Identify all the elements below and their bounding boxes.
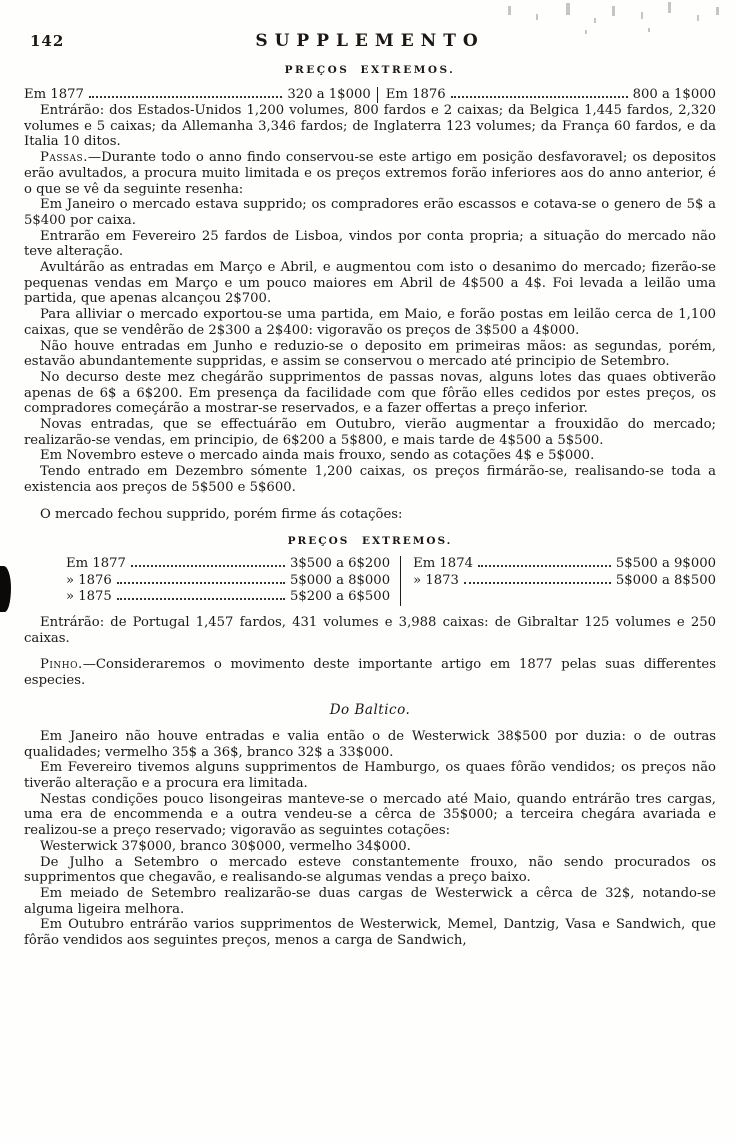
dot-leader — [131, 565, 285, 567]
row-label: » 1875 — [66, 589, 112, 606]
price-table: Em 1877 3$500 a 6$200 » 1876 5$000 a 8$0… — [24, 556, 716, 606]
paragraph: Não houve entradas em Junho e reduzio-se… — [24, 339, 716, 370]
table-row: Em 1877 3$500 a 6$200 — [66, 556, 390, 573]
paragraph: Avultárão as entradas em Março e Abril, … — [24, 260, 716, 307]
paragraph: De Julho a Setembro o mercado esteve con… — [24, 855, 716, 886]
row-value: 3$500 a 6$200 — [290, 556, 390, 573]
table-row: » 1873 5$000 a 8$500 — [413, 573, 716, 590]
price-table-left-column: Em 1877 3$500 a 6$200 » 1876 5$000 a 8$0… — [66, 556, 401, 606]
paragraph: Em Fevereiro tivemos alguns supprimentos… — [24, 760, 716, 791]
top-price-quotes: Em 1877 320 a 1$000 Em 1876 800 a 1$000 — [24, 87, 716, 103]
precos-extremos-heading: PREÇOS EXTREMOS. — [24, 535, 716, 547]
dot-leader — [464, 582, 611, 584]
table-row: Em 1874 5$500 a 9$000 — [413, 556, 716, 573]
quote-1877: Em 1877 320 a 1$000 — [24, 87, 377, 103]
paragraph: Entrárão: de Portugal 1,457 fardos, 431 … — [24, 615, 716, 646]
paragraph: Pinho.—Consideraremos o movimento deste … — [24, 657, 716, 688]
paragraph: Para alliviar o mercado exportou-se uma … — [24, 307, 716, 338]
paragraph: Novas entradas, que se effectuárão em Ou… — [24, 417, 716, 448]
paragraph: Tendo entrado em Dezembro sómente 1,200 … — [24, 464, 716, 495]
do-baltico-heading: Do Baltico. — [24, 702, 716, 718]
paragraph: Passas.—Durante todo o anno findo conser… — [24, 150, 716, 197]
row-value: 5$000 a 8$000 — [290, 573, 390, 590]
paragraph: No decurso deste mez chegárão suppriment… — [24, 370, 716, 417]
paragraph: Entrárão: dos Estados-Unidos 1,200 volum… — [24, 103, 716, 150]
dot-leader — [451, 96, 628, 98]
paragraph: O mercado fechou supprido, porém firme á… — [24, 507, 716, 523]
page-number: 142 — [30, 32, 64, 50]
table-row: » 1875 5$200 a 6$500 — [66, 589, 390, 606]
page-title: SUPPLEMENTO — [24, 28, 716, 51]
row-label: Em 1874 — [413, 556, 473, 573]
paragraph: Em meiado de Setembro realizarão-se duas… — [24, 886, 716, 917]
quote-1876: Em 1876 800 a 1$000 — [378, 87, 716, 103]
paragraph: Em Novembro esteve o mercado ainda mais … — [24, 448, 716, 464]
table-row: » 1876 5$000 a 8$000 — [66, 573, 390, 590]
paragraph: Westerwick 37$000, branco 30$000, vermel… — [24, 839, 716, 855]
paragraph: Entrarão em Fevereiro 25 fardos de Lisbo… — [24, 229, 716, 260]
paragraph-text: —Consideraremos o movimento deste import… — [24, 657, 716, 688]
row-label: » 1876 — [66, 573, 112, 590]
lead-word: Passas. — [40, 150, 88, 165]
section-subtitle: PREÇOS EXTREMOS. — [24, 64, 716, 76]
row-value: 5$000 a 8$500 — [616, 573, 716, 590]
paragraph: Em Janeiro o mercado estava supprido; os… — [24, 197, 716, 228]
masthead: 142 SUPPLEMENTO — [24, 28, 716, 54]
quote-value: 320 a 1$000 — [287, 87, 370, 103]
body-section-3: Em Janeiro não houve entradas e valia en… — [24, 729, 716, 949]
row-value: 5$500 a 9$000 — [616, 556, 716, 573]
body-section-2: Entrárão: de Portugal 1,457 fardos, 431 … — [24, 615, 716, 689]
row-label: » 1873 — [413, 573, 459, 590]
quote-label: Em 1877 — [24, 87, 84, 103]
row-label: Em 1877 — [66, 556, 126, 573]
dot-leader — [478, 565, 611, 567]
price-table-right-column: Em 1874 5$500 a 9$000 » 1873 5$000 a 8$5… — [401, 556, 716, 606]
paragraph: Em Outubro entrárão varios supprimentos … — [24, 917, 716, 948]
paragraph: Nestas condições pouco lisongeiras mante… — [24, 792, 716, 839]
quote-label: Em 1876 — [386, 87, 446, 103]
scanned-document-page: 142 SUPPLEMENTO PREÇOS EXTREMOS. Em 1877… — [0, 0, 736, 949]
quote-value: 800 a 1$000 — [633, 87, 716, 103]
lead-word: Pinho. — [40, 657, 83, 672]
dot-leader — [117, 582, 285, 584]
dot-leader — [89, 96, 282, 98]
dot-leader — [117, 598, 285, 600]
paragraph: Em Janeiro não houve entradas e valia en… — [24, 729, 716, 760]
body-section-1: Entrárão: dos Estados-Unidos 1,200 volum… — [24, 103, 716, 522]
row-value: 5$200 a 6$500 — [290, 589, 390, 606]
paragraph-text: —Durante todo o anno findo conservou-se … — [24, 150, 716, 196]
